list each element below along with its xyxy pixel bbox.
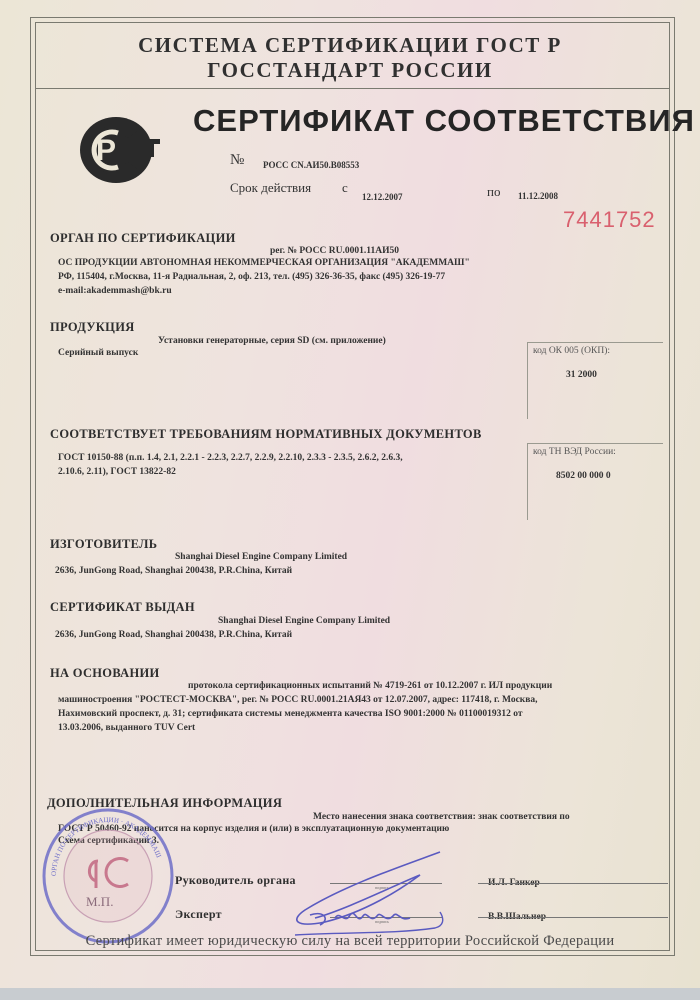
- expert-name-line: [478, 917, 668, 918]
- basis-line-4: 13.03.2006, выданного TUV Cert: [58, 721, 195, 735]
- okp-code-label: код ОК 005 (ОКП):: [533, 346, 610, 356]
- system-line-2: ГОССТАНДАРТ РОССИИ: [0, 58, 700, 83]
- validity-label: Срок действия: [230, 180, 311, 196]
- header-divider: [35, 88, 670, 89]
- valid-from-date: 12.12.2007: [362, 192, 403, 202]
- certification-system-title: СИСТЕМА СЕРТИФИКАЦИИ ГОСТ Р ГОССТАНДАРТ …: [0, 33, 700, 83]
- official-seal-icon: М.П. ОРГАН ПО СЕРТИФИКАЦИИ · АКАДЕММАШ: [38, 806, 178, 946]
- head-of-body-label: Руководитель органа: [175, 873, 296, 888]
- rst-mark-icon: Р: [78, 115, 168, 185]
- tnved-code-label: код ТН ВЭД России:: [533, 447, 616, 457]
- blank-serial-number: 7441752: [563, 207, 656, 233]
- legal-validity-statement: Сертификат имеет юридическую силу на все…: [0, 933, 700, 950]
- head-name-line: [478, 883, 668, 884]
- manufacturer-address: 2636, JunGong Road, Shanghai 200438, P.R…: [55, 564, 292, 578]
- certificate-title: СЕРТИФИКАТ СООТВЕТСТВИЯ: [193, 103, 695, 139]
- compliance-standards-line-1: ГОСТ 10150-88 (п.п. 1.4, 2.1, 2.2.1 - 2.…: [58, 451, 403, 465]
- basis-line-3: Нахимовский проспект, д. 31; сертификата…: [58, 707, 523, 721]
- basis-heading: НА ОСНОВАНИИ: [50, 666, 160, 681]
- certification-body-email: e-mail:akademmash@bk.ru: [58, 284, 172, 298]
- compliance-standards-line-2: 2.10.6, 2.11), ГОСТ 13822-82: [58, 465, 176, 479]
- certificate-number: РОСС CN.АИ50.В08553: [263, 160, 359, 170]
- product-release-type: Серийный выпуск: [58, 346, 138, 360]
- product-description: Установки генераторные, серия SD (см. пр…: [158, 334, 386, 348]
- scan-edge-band: [0, 988, 700, 1000]
- valid-from-label: с: [342, 180, 348, 196]
- certification-body-name: ОС ПРОДУКЦИИ АВТОНОМНАЯ НЕКОММЕРЧЕСКАЯ О…: [58, 256, 470, 270]
- product-heading: ПРОДУКЦИЯ: [50, 320, 135, 335]
- manufacturer-heading: ИЗГОТОВИТЕЛЬ: [50, 537, 157, 552]
- basis-line-1: протокола сертификационных испытаний № 4…: [188, 679, 552, 693]
- compliance-heading: СООТВЕТСТВУЕТ ТРЕБОВАНИЯМ НОРМАТИВНЫХ ДО…: [50, 427, 482, 442]
- okp-code-value: 31 2000: [566, 370, 597, 380]
- expert-label: Эксперт: [175, 907, 222, 922]
- basis-line-2: машиностроения "РОСТЕСТ-МОСКВА", рег. № …: [58, 693, 538, 707]
- number-label: №: [230, 152, 244, 169]
- system-line-1: СИСТЕМА СЕРТИФИКАЦИИ ГОСТ Р: [0, 33, 700, 58]
- valid-to-date: 11.12.2008: [518, 191, 558, 201]
- valid-to-label: по: [487, 184, 500, 200]
- issued-to-name: Shanghai Diesel Engine Company Limited: [218, 614, 390, 628]
- certification-body-heading: ОРГАН ПО СЕРТИФИКАЦИИ: [50, 231, 236, 246]
- issued-to-address: 2636, JunGong Road, Shanghai 200438, P.R…: [55, 628, 292, 642]
- issued-to-heading: СЕРТИФИКАТ ВЫДАН: [50, 600, 195, 615]
- certification-body-address: РФ, 115404, г.Москва, 11-я Радиальная, 2…: [58, 270, 445, 284]
- stamp-mp-text: М.П.: [86, 894, 113, 909]
- tnved-code-value: 8502 00 000 0: [556, 471, 611, 481]
- manufacturer-name: Shanghai Diesel Engine Company Limited: [175, 550, 347, 564]
- handwritten-signature-icon: [285, 840, 465, 940]
